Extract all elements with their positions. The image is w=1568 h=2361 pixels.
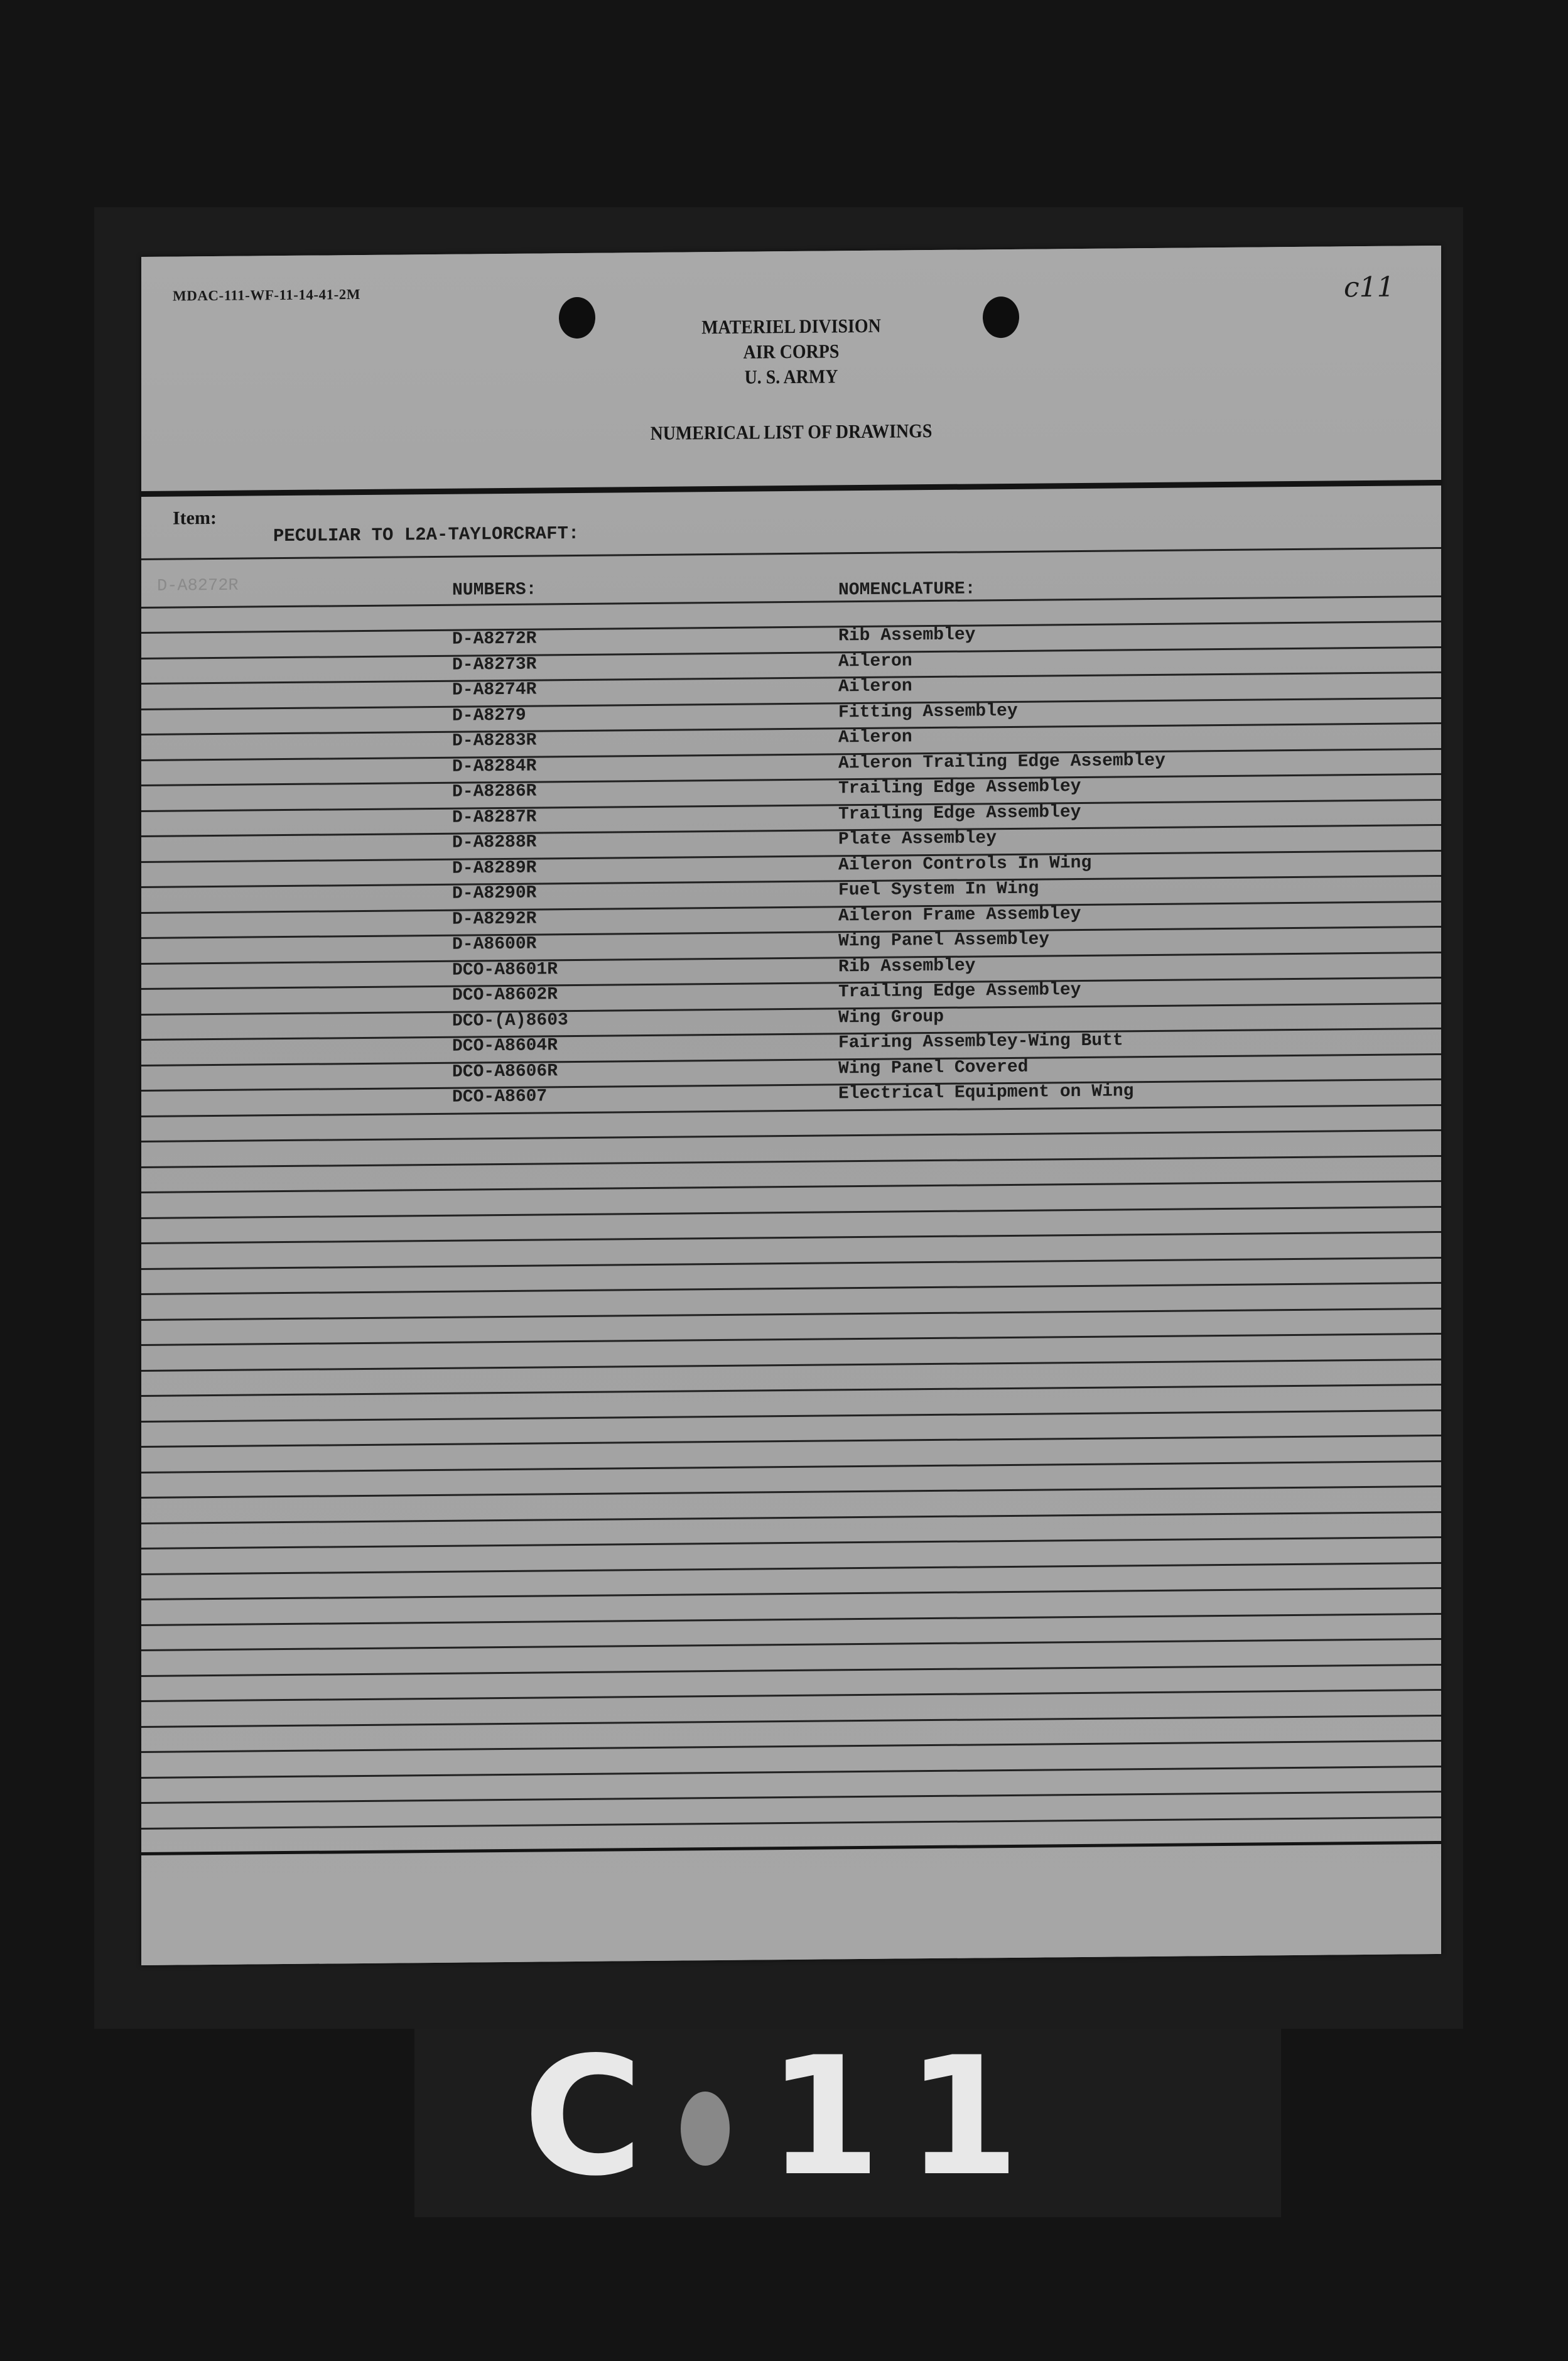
ruled-line	[141, 875, 1441, 888]
ruled-line	[141, 1384, 1441, 1397]
drawing-number: D-A8292R	[452, 909, 536, 930]
drawing-nomenclature: Fuel System In Wing	[838, 879, 1039, 901]
ruled-line	[141, 1155, 1441, 1168]
ruled-line	[141, 1613, 1441, 1626]
frame-label: C11	[0, 2022, 1568, 2212]
drawing-nomenclature: Electrical Equipment on Wing	[838, 1082, 1133, 1104]
ruled-line	[141, 1562, 1441, 1575]
ruled-line	[141, 1791, 1441, 1804]
drawing-nomenclature: Fitting Assembley	[838, 702, 1018, 722]
drawing-nomenclature: Aileron	[838, 651, 912, 671]
drawing-nomenclature: Wing Panel Assembley	[838, 930, 1049, 951]
document-sheet: MDAC-111-WF-11-14-41-2M c11 MATERIEL DIV…	[141, 246, 1441, 1965]
drawing-nomenclature: Aileron Trailing Edge Assembley	[838, 751, 1165, 774]
drawing-nomenclature: Rib Assembley	[838, 956, 975, 977]
drawing-nomenclature: Aileron Frame Assembley	[838, 904, 1081, 926]
drawing-nomenclature: Wing Group	[838, 1007, 944, 1028]
ruled-line	[141, 1206, 1441, 1219]
drawing-number: D-A8283R	[452, 731, 536, 751]
ruled-line	[141, 799, 1441, 812]
ruled-line	[141, 850, 1441, 863]
drawing-nomenclature: Aileron	[838, 676, 912, 697]
ruled-line	[141, 1587, 1441, 1600]
drawing-nomenclature: Trailing Edge Assembley	[838, 803, 1081, 824]
ruled-line	[141, 1460, 1441, 1474]
ruled-line	[141, 646, 1441, 659]
drawing-number: D-A8287R	[452, 808, 536, 828]
drawing-number: D-A8273R	[452, 655, 536, 675]
ruled-line	[141, 722, 1441, 735]
drawing-number: DCO-A8606R	[452, 1061, 558, 1082]
ruled-line	[141, 1409, 1441, 1423]
ruled-line	[141, 952, 1441, 965]
drawing-nomenclature: Rib Assembley	[838, 625, 975, 646]
ruled-line	[141, 1333, 1441, 1346]
ruled-line	[141, 1536, 1441, 1550]
ruled-line	[141, 1104, 1441, 1117]
column-header-numbers: NUMBERS:	[452, 580, 536, 600]
ruled-line	[141, 1257, 1441, 1270]
drawing-nomenclature: Aileron Controls In Wing	[838, 854, 1091, 876]
ruled-line	[141, 748, 1441, 761]
ruled-line	[141, 1435, 1441, 1448]
column-header-nomenclature: NOMENCLATURE:	[838, 579, 975, 600]
frame-label-dot	[681, 2092, 730, 2166]
ruled-line	[141, 977, 1441, 990]
drawing-number: DCO-A8602R	[452, 985, 558, 1005]
drawing-number: D-A8288R	[452, 833, 536, 853]
drawing-nomenclature: Plate Assembley	[838, 828, 997, 849]
ruled-line	[141, 1664, 1441, 1677]
ruled-line	[141, 1028, 1441, 1041]
drawing-number: D-A8286R	[452, 782, 536, 802]
drawing-number: DCO-A8601R	[452, 960, 558, 980]
ruled-line	[141, 824, 1441, 837]
ruled-line	[141, 1766, 1441, 1779]
ruled-line	[141, 1308, 1441, 1321]
ruled-line	[141, 1231, 1441, 1244]
ruled-line	[141, 1638, 1441, 1651]
ruled-line	[141, 1282, 1441, 1295]
ruled-lines	[141, 246, 1441, 1965]
ruled-line	[141, 595, 1441, 609]
frame-label-letter: C	[523, 2022, 668, 2212]
drawing-number: D-A8289R	[452, 859, 536, 879]
ruled-line	[141, 547, 1441, 560]
drawing-number: D-A8272R	[452, 629, 536, 649]
ruled-line	[141, 621, 1441, 634]
drawing-number: D-A8284R	[452, 757, 536, 777]
drawing-number: D-A8279	[452, 706, 526, 726]
ruled-line	[141, 773, 1441, 786]
ruled-line	[141, 1359, 1441, 1372]
ruled-line	[141, 1078, 1441, 1092]
ruled-line	[141, 671, 1441, 685]
drawing-number: D-A8274R	[452, 680, 536, 700]
ruled-line	[141, 697, 1441, 710]
drawing-nomenclature: Fairing Assembley-Wing Butt	[838, 1031, 1123, 1053]
drawing-number: DCO-A8607	[452, 1087, 547, 1107]
drawing-number: DCO-(A)8603	[452, 1011, 568, 1031]
drawing-nomenclature: Aileron	[838, 727, 912, 747]
drawing-number: D-A8600R	[452, 935, 536, 955]
ruled-line	[141, 901, 1441, 914]
ruled-line	[141, 1180, 1441, 1193]
drawing-nomenclature: Trailing Edge Assembley	[838, 980, 1081, 1002]
ruled-line	[141, 1485, 1441, 1499]
ruled-line	[141, 1816, 1441, 1830]
ruled-line	[141, 1002, 1441, 1016]
drawing-number: D-A8290R	[452, 884, 536, 904]
drawing-nomenclature: Wing Panel Covered	[838, 1058, 1028, 1079]
frame-label-number: 11	[767, 2022, 1045, 2212]
ruled-line	[141, 1740, 1441, 1753]
ruled-line	[141, 1129, 1441, 1143]
ruled-line	[141, 1715, 1441, 1728]
ruled-line	[141, 1053, 1441, 1067]
ruled-line	[141, 1689, 1441, 1702]
ruled-line	[141, 1511, 1441, 1524]
drawing-nomenclature: Trailing Edge Assembley	[838, 777, 1081, 798]
ruled-line	[141, 926, 1441, 939]
drawing-number: DCO-A8604R	[452, 1036, 558, 1056]
